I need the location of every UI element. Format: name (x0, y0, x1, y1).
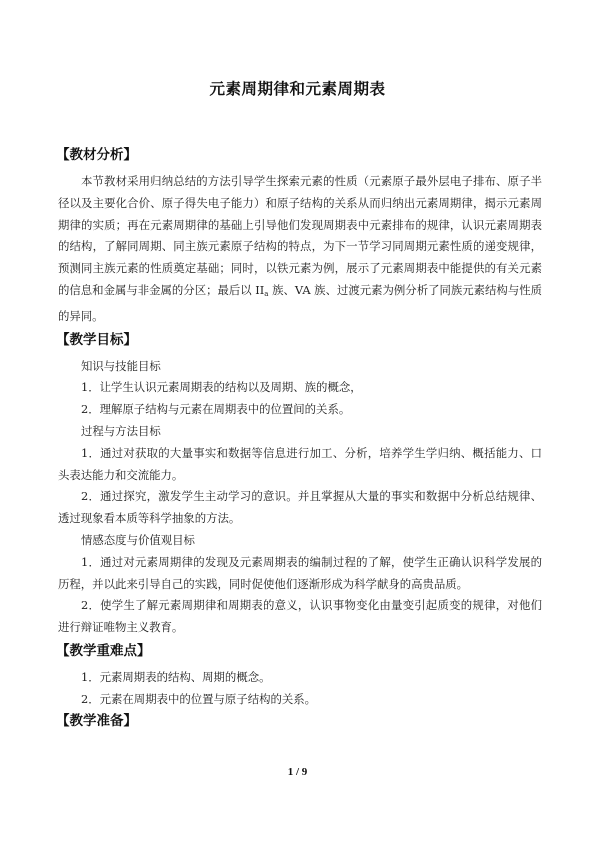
section-textbook-analysis: 【教材分析】 本节教材采用归纳总结的方法引导学生探索元素的性质（元素原子最外层电… (58, 145, 542, 328)
key-point-item: 1．元素周期表的结构、周期的概念。 (58, 667, 542, 689)
document-body: 【教材分析】 本节教材采用归纳总结的方法引导学生探索元素的性质（元素原子最外层电… (58, 145, 542, 731)
section-heading: 【教学准备】 (56, 711, 542, 731)
objective-group-label: 过程与方法目标 (58, 421, 542, 443)
page-number: 1 / 9 (0, 766, 595, 778)
section-heading: 【教学重难点】 (56, 641, 542, 661)
key-point-item: 2．元素在周期表中的位置与原子结构的关系。 (58, 689, 542, 711)
section-heading: 【教学目标】 (56, 330, 542, 350)
objective-item: 1．通过对元素周期律的发现及元素周期表的编制过程的了解，使学生正确认识科学发展的… (58, 552, 542, 596)
section-key-difficulties: 【教学重难点】 1．元素周期表的结构、周期的概念。 2．元素在周期表中的位置与原… (58, 641, 542, 711)
section-teaching-objectives: 【教学目标】 知识与技能目标 1．让学生认识元素周期表的结构以及周期、族的概念，… (58, 330, 542, 639)
section-heading: 【教材分析】 (56, 145, 542, 165)
objective-group-label: 知识与技能目标 (58, 356, 542, 378)
analysis-paragraph: 本节教材采用归纳总结的方法引导学生探索元素的性质（元素原子最外层电子排布、原子半… (58, 171, 542, 328)
document-title: 元素周期律和元素周期表 (0, 77, 595, 99)
analysis-text: 本节教材采用归纳总结的方法引导学生探索元素的性质（元素原子最外层电子排布、原子半… (58, 174, 542, 297)
objective-item: 2．使学生了解元素周期律和周期表的意义，认识事物变化由量变引起质变的规律，对他们… (58, 595, 542, 639)
objective-group-label: 情感态度与价值观目标 (58, 530, 542, 552)
objective-item: 1．让学生认识元素周期表的结构以及周期、族的概念， (58, 377, 542, 399)
objective-item: 2．通过探究，激发学生主动学习的意识。并且掌握从大量的事实和数据中分析总结规律、… (58, 486, 542, 530)
objective-item: 1．通过对获取的大量事实和数据等信息进行加工、分析，培养学生学归纳、概括能力、口… (58, 443, 542, 487)
objective-item: 2．理解原子结构与元素在周期表中的位置间的关系。 (58, 399, 542, 421)
document-page: 元素周期律和元素周期表 【教材分析】 本节教材采用归纳总结的方法引导学生探索元素… (0, 0, 595, 841)
section-teaching-preparation: 【教学准备】 (58, 711, 542, 731)
